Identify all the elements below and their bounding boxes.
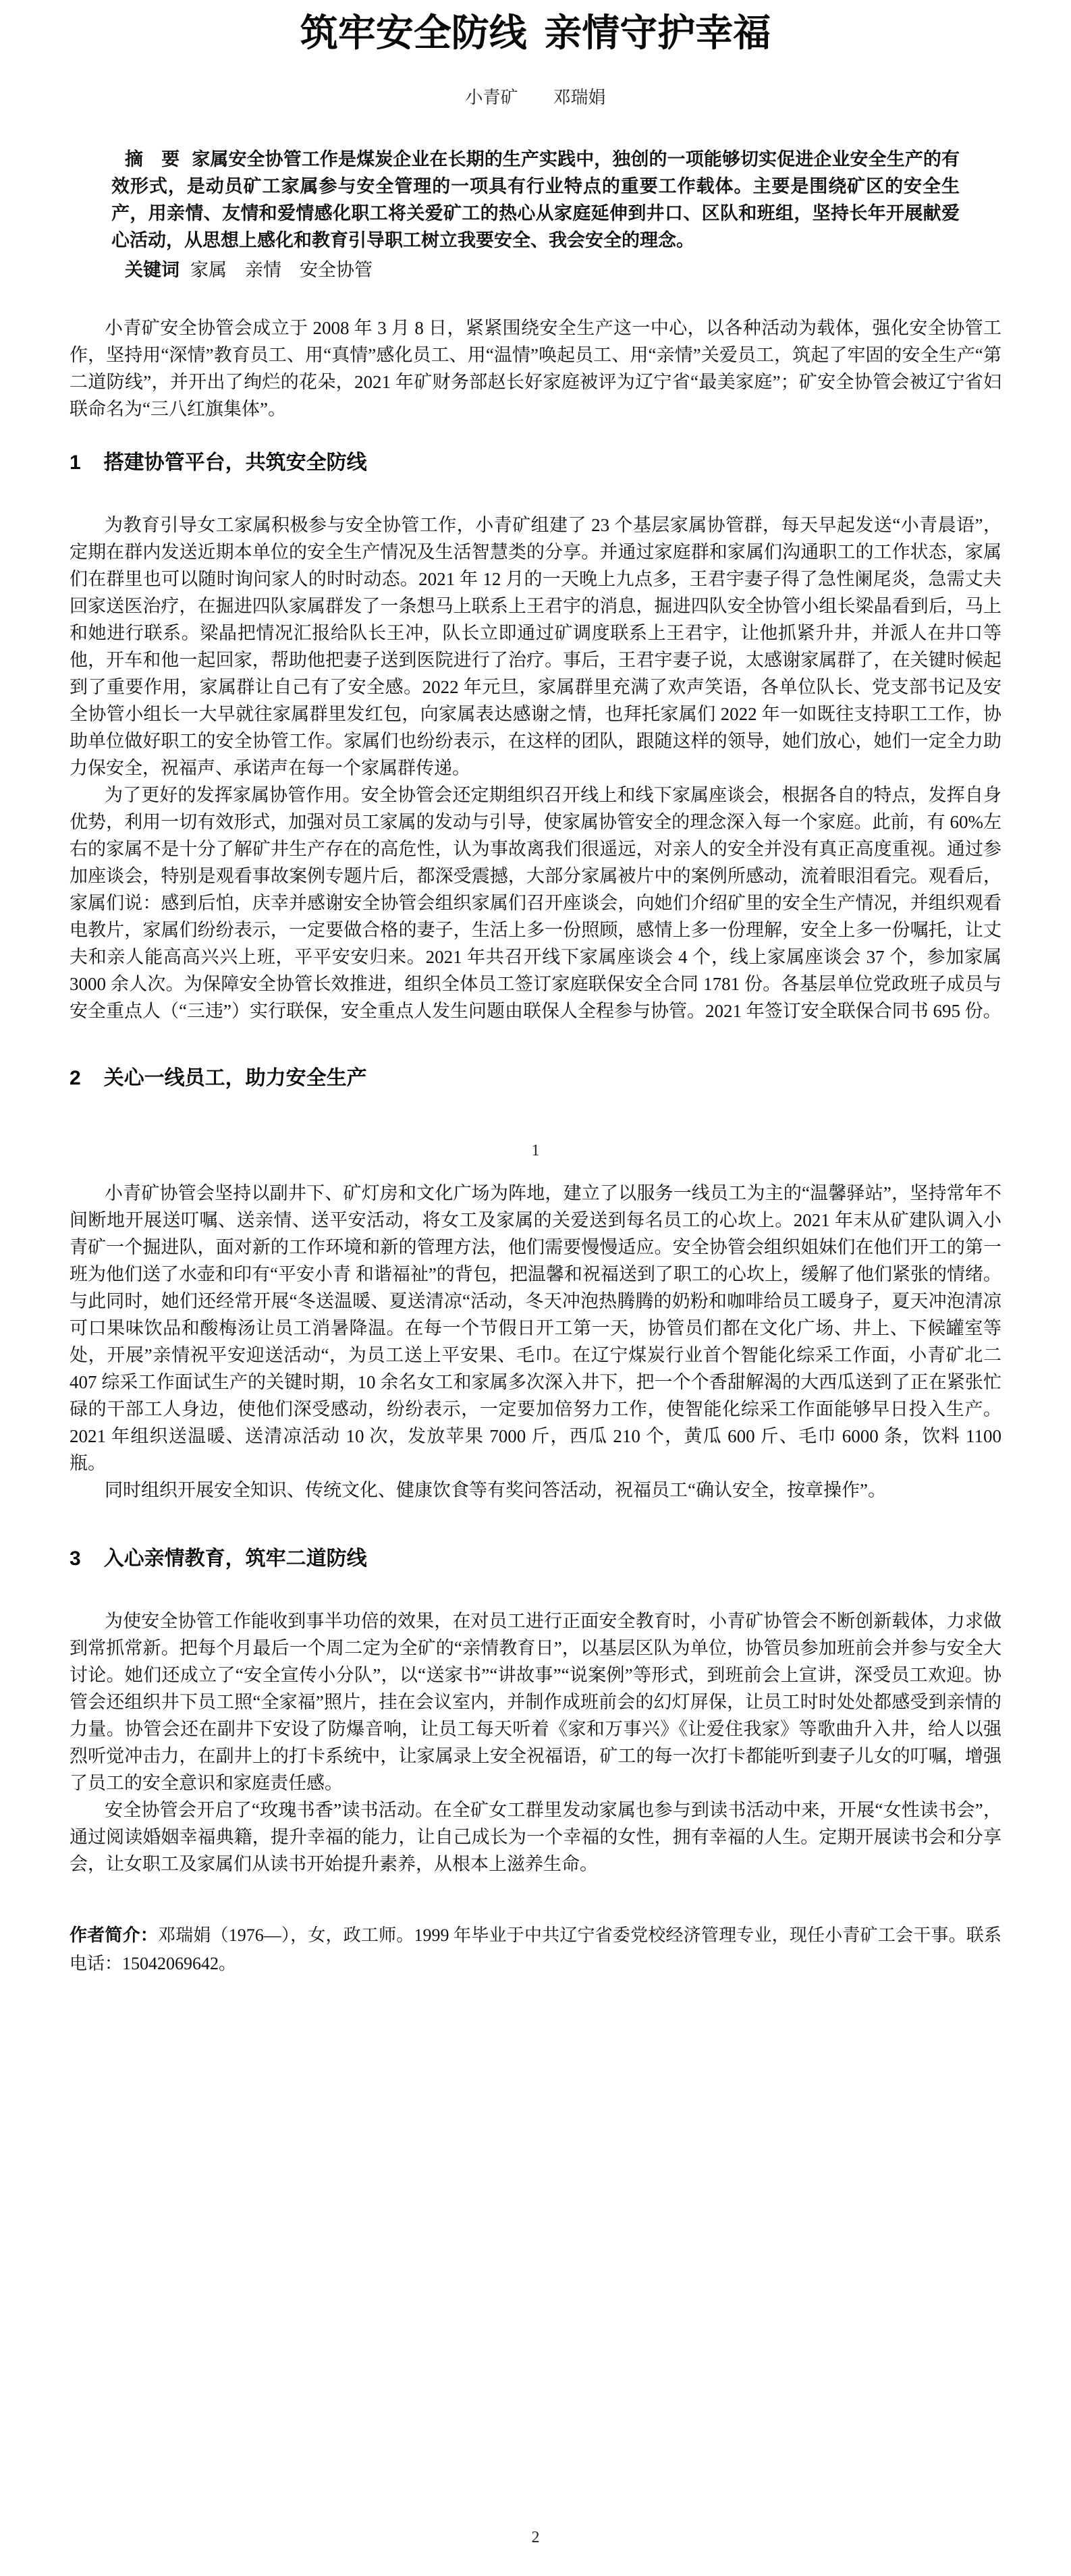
keywords-text: 家属 亲情 安全协管 [190,260,373,280]
section-1-number: 1 [70,451,81,474]
document-page: 筑牢安全防线 亲情守护幸福 小青矿 邓瑞娟 摘 要家属安全协管工作是煤炭企业在长… [0,0,1071,2576]
keywords-label: 关键词 [125,260,180,280]
section-3-paragraph-2: 安全协管会开启了“玫瑰书香”读书活动。在全矿女工群里发动家属也参与到读书活动中来… [70,1797,1001,1878]
section-2-heading: 2关心一线员工，助力安全生产 [70,1066,1001,1091]
page-number-1: 1 [70,1141,1001,1161]
keywords-block: 关键词家属 亲情 安全协管 [111,256,960,283]
author-bio: 作者简介：邓瑞娟（1976—），女，政工师。1999 年毕业于中共辽宁省委党校经… [70,1921,1001,1978]
author-bio-text: 邓瑞娟（1976—），女，政工师。1999 年毕业于中共辽宁省委党校经济管理专业… [70,1925,1001,1973]
page-number-2: 2 [0,2527,1071,2548]
section-2-paragraph-2: 同时组织开展安全知识、传统文化、健康饮食等有奖问答活动，祝福员工“确认安全，按章… [70,1477,1001,1504]
section-2-number: 2 [70,1067,81,1089]
section-3-heading: 3入心亲情教育，筑牢二道防线 [70,1547,1001,1571]
intro-paragraph: 小青矿安全协管会成立于 2008 年 3 月 8 日，紧紧围绕安全生产这一中心，… [70,314,1001,422]
abstract-text: 家属安全协管工作是煤炭企业在长期的生产实践中，独创的一项能够切实促进企业安全生产… [111,149,960,250]
page-title: 筑牢安全防线 亲情守护幸福 [70,9,1001,57]
section-1-paragraph-2: 为了更好的发挥家属协管作用。安全协管会还定期组织召开线上和线下家属座谈会，根据各… [70,782,1001,1024]
section-3-number: 3 [70,1547,81,1570]
section-1-heading: 1搭建协管平台，共筑安全防线 [70,451,1001,475]
section-2-title: 关心一线员工，助力安全生产 [104,1067,367,1089]
abstract-block: 摘 要家属安全协管工作是煤炭企业在长期的生产实践中，独创的一项能够切实促进企业安… [111,146,960,254]
author-bio-label: 作者简介： [70,1925,158,1945]
section-3-title: 入心亲情教育，筑牢二道防线 [104,1547,367,1570]
authors-line: 小青矿 邓瑞娟 [70,86,1001,109]
section-2-paragraph-1: 小青矿协管会坚持以副井下、矿灯房和文化广场为阵地，建立了以服务一线员工为主的“温… [70,1180,1001,1477]
section-1-title: 搭建协管平台，共筑安全防线 [104,451,367,474]
section-3-paragraph-1: 为使安全协管工作能收到事半功倍的效果，在对员工进行正面安全教育时，小青矿协管会不… [70,1608,1001,1797]
section-1-paragraph-1: 为教育引导女工家属积极参与安全协管工作，小青矿组建了 23 个基层家属协管群，每… [70,512,1001,782]
abstract-label: 摘 要 [125,149,180,169]
